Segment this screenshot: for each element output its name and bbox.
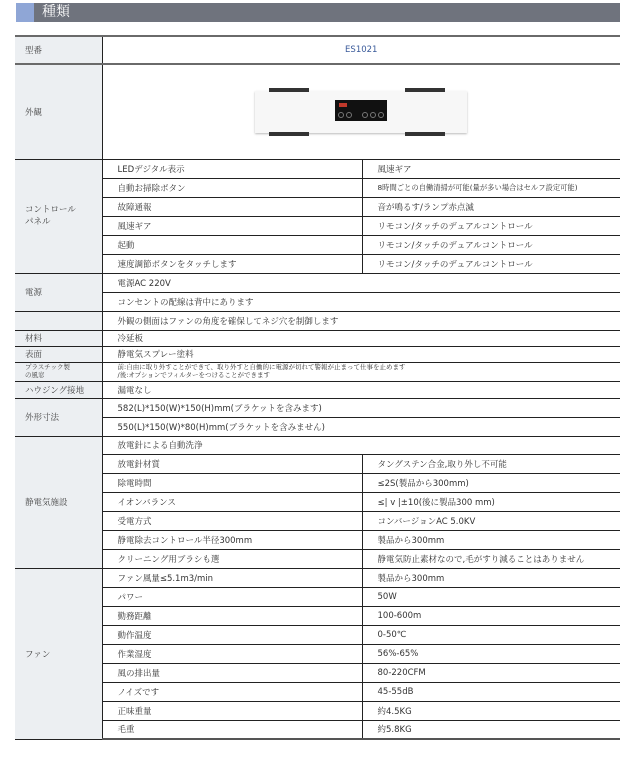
section-title-bar: 種類	[16, 3, 620, 22]
plastic-window-line2: /後:オプションでフィルターをつけることができます	[118, 372, 621, 380]
table-row: 外形寸法 582(L)*150(W)*150(H)mm(ブラケットを含みます)	[15, 398, 620, 417]
cell-value: コンセントの配線は背中にあります	[102, 292, 620, 311]
table-row: プラスチック製 の風窓 前:自由に取り外すことができて、取り外すと自働的に電源が…	[15, 362, 620, 381]
cell-value: 約5.8KG	[362, 720, 620, 739]
cell-item: 起動	[102, 235, 362, 254]
table-row: 自動お掃除ボタン 8時間ごとの自働清掃が可能(量が多い場合はセルフ設定可能)	[15, 178, 620, 197]
cell-item: 速度調節ボタンをタッチします	[102, 254, 362, 273]
cell-item: 作業湿度	[102, 644, 362, 663]
housing-ground-label: ハウジング接地	[15, 381, 102, 398]
brand-logo-icon	[339, 103, 347, 107]
table-row: イオンバランス ≤| v |±10(後に製品300 mm)	[15, 492, 620, 511]
table-row: 放電針材質 タングステン合金,取り外し不可能	[15, 454, 620, 473]
cell-item: 故障通報	[102, 197, 362, 216]
cell-item: 毛重	[102, 720, 362, 739]
cell-value: 582(L)*150(W)*150(H)mm(ブラケットを含みます)	[102, 398, 620, 417]
cell-value: 100-600m	[362, 606, 620, 625]
cell-value: ≤| v |±10(後に製品300 mm)	[362, 492, 620, 511]
cell-value: 放電針による自動洗浄	[102, 436, 620, 454]
table-row: 静電除去コントロール半径300mm 製品から300mm	[15, 530, 620, 549]
side-label	[15, 311, 102, 330]
cell-item: 正味重量	[102, 701, 362, 720]
cell-item: 風の排出量	[102, 663, 362, 682]
table-row-model: 型番 ES1021	[15, 36, 620, 64]
table-row: クリーニング用ブラシも選 静電気防止素材なので,毛がすり減ることはありません	[15, 549, 620, 568]
table-row: 表面 静電気スプレー塗料	[15, 346, 620, 362]
table-row: 外観の側面はファンの角度を確保してネジ穴を制御します	[15, 311, 620, 330]
cell-item: 風速ギア	[102, 216, 362, 235]
table-row: 受電方式 コンバージョンAC 5.0KV	[15, 511, 620, 530]
cell-item: ファン風量≤5.1m3/min	[102, 568, 362, 587]
table-row: 電源 電源AC 220V	[15, 273, 620, 292]
cell-item: 勤務距離	[102, 606, 362, 625]
cell-value: 音が鳴るす/ランプ赤点滅	[362, 197, 620, 216]
plastic-window-label: プラスチック製 の風窓	[15, 362, 102, 381]
cell-value: 製品から300mm	[362, 530, 620, 549]
cell-item: 自動お掃除ボタン	[102, 178, 362, 197]
vent-bottom-left	[269, 132, 309, 136]
cell-value: ≤2S(製品から300mm)	[362, 473, 620, 492]
table-row-appearance: 外観	[15, 64, 620, 159]
cell-value: 0-50℃	[362, 625, 620, 644]
cell-value: 静電気防止素材なので,毛がすり減ることはありません	[362, 549, 620, 568]
cell-value: リモコン/タッチのデュアルコントロール	[362, 216, 620, 235]
material-label: 材料	[15, 330, 102, 346]
panel-button-icon	[338, 112, 344, 118]
table-row: 動作温度 0-50℃	[15, 625, 620, 644]
cell-value: 製品から300mm	[362, 568, 620, 587]
cell-value: 冷延板	[102, 330, 620, 346]
power-label: 電源	[15, 273, 102, 311]
static-label: 静電気施設	[15, 436, 102, 568]
vent-top-right	[405, 88, 445, 92]
surface-label: 表面	[15, 346, 102, 362]
cell-value: コンバージョンAC 5.0KV	[362, 511, 620, 530]
vent-bottom-right	[405, 132, 445, 136]
cell-item: LEDデジタル表示	[102, 159, 362, 178]
cell-value: 静電気スプレー塗料	[102, 346, 620, 362]
panel-button-icon	[362, 112, 368, 118]
cell-value: 風速ギア	[362, 159, 620, 178]
table-row: 風速ギア リモコン/タッチのデュアルコントロール	[15, 216, 620, 235]
cell-item: クリーニング用ブラシも選	[102, 549, 362, 568]
cell-value: 56%-65%	[362, 644, 620, 663]
panel-button-icon	[346, 112, 352, 118]
control-panel-image	[335, 100, 387, 121]
cell-item: 静電除去コントロール半径300mm	[102, 530, 362, 549]
cell-item: イオンバランス	[102, 492, 362, 511]
table-row: コントロール パネル LEDデジタル表示 風速ギア	[15, 159, 620, 178]
panel-button-icon	[378, 112, 384, 118]
cell-item: パワー	[102, 587, 362, 606]
table-row: ハウジング接地 漏電なし	[15, 381, 620, 398]
spec-table: 型番 ES1021 外観 コントロール パネル L	[15, 35, 620, 740]
cell-item: 放電針材質	[102, 454, 362, 473]
cell-value: 80-220CFM	[362, 663, 620, 682]
cell-value: リモコン/タッチのデュアルコントロール	[362, 235, 620, 254]
cell-item: 受電方式	[102, 511, 362, 530]
cell-value: 550(L)*150(W)*80(H)mm(ブラケットを含みません)	[102, 417, 620, 436]
product-image	[255, 91, 467, 133]
model-label: 型番	[15, 36, 102, 64]
table-row: 550(L)*150(W)*80(H)mm(ブラケットを含みません)	[15, 417, 620, 436]
table-row: ノイズです 45-55dB	[15, 682, 620, 701]
table-row: パワー 50W	[15, 587, 620, 606]
cell-value: 電源AC 220V	[102, 273, 620, 292]
table-row: 毛重 約5.8KG	[15, 720, 620, 739]
cell-value: 8時間ごとの自働清掃が可能(量が多い場合はセルフ設定可能)	[362, 178, 620, 197]
table-row: コンセントの配線は背中にあります	[15, 292, 620, 311]
table-row: 静電気施設 放電針による自動洗浄	[15, 436, 620, 454]
cell-value: 漏電なし	[102, 381, 620, 398]
vent-top-left	[269, 88, 309, 92]
table-row: 速度調節ボタンをタッチします リモコン/タッチのデュアルコントロール	[15, 254, 620, 273]
table-row: 起動 リモコン/タッチのデュアルコントロール	[15, 235, 620, 254]
cell-value: タングステン合金,取り外し不可能	[362, 454, 620, 473]
fan-label: ファン	[15, 568, 102, 739]
title-accent-block	[16, 3, 34, 22]
table-row: 作業湿度 56%-65%	[15, 644, 620, 663]
cell-value: 約4.5KG	[362, 701, 620, 720]
cell-value: リモコン/タッチのデュアルコントロール	[362, 254, 620, 273]
table-row: 勤務距離 100-600m	[15, 606, 620, 625]
cell-item: 動作温度	[102, 625, 362, 644]
model-value: ES1021	[102, 36, 620, 64]
cell-value: 50W	[362, 587, 620, 606]
cell-item: 除電時間	[102, 473, 362, 492]
table-row: 材料 冷延板	[15, 330, 620, 346]
table-row: 故障通報 音が鳴るす/ランプ赤点滅	[15, 197, 620, 216]
appearance-label: 外観	[15, 64, 102, 159]
table-row: 除電時間 ≤2S(製品から300mm)	[15, 473, 620, 492]
table-row: ファン ファン風量≤5.1m3/min 製品から300mm	[15, 568, 620, 587]
control-panel-label: コントロール パネル	[15, 159, 102, 273]
cell-value: 前:自由に取り外すことができて、取り外すと自働的に電源が切れて警報が止まって仕事…	[102, 362, 620, 381]
table-row: 風の排出量 80-220CFM	[15, 663, 620, 682]
table-row: 正味重量 約4.5KG	[15, 701, 620, 720]
cell-value: 外観の側面はファンの角度を確保してネジ穴を制御します	[102, 311, 620, 330]
cell-item: ノイズです	[102, 682, 362, 701]
dimensions-label: 外形寸法	[15, 398, 102, 436]
section-title: 種類	[42, 3, 70, 22]
panel-button-icon	[370, 112, 376, 118]
cell-value: 45-55dB	[362, 682, 620, 701]
